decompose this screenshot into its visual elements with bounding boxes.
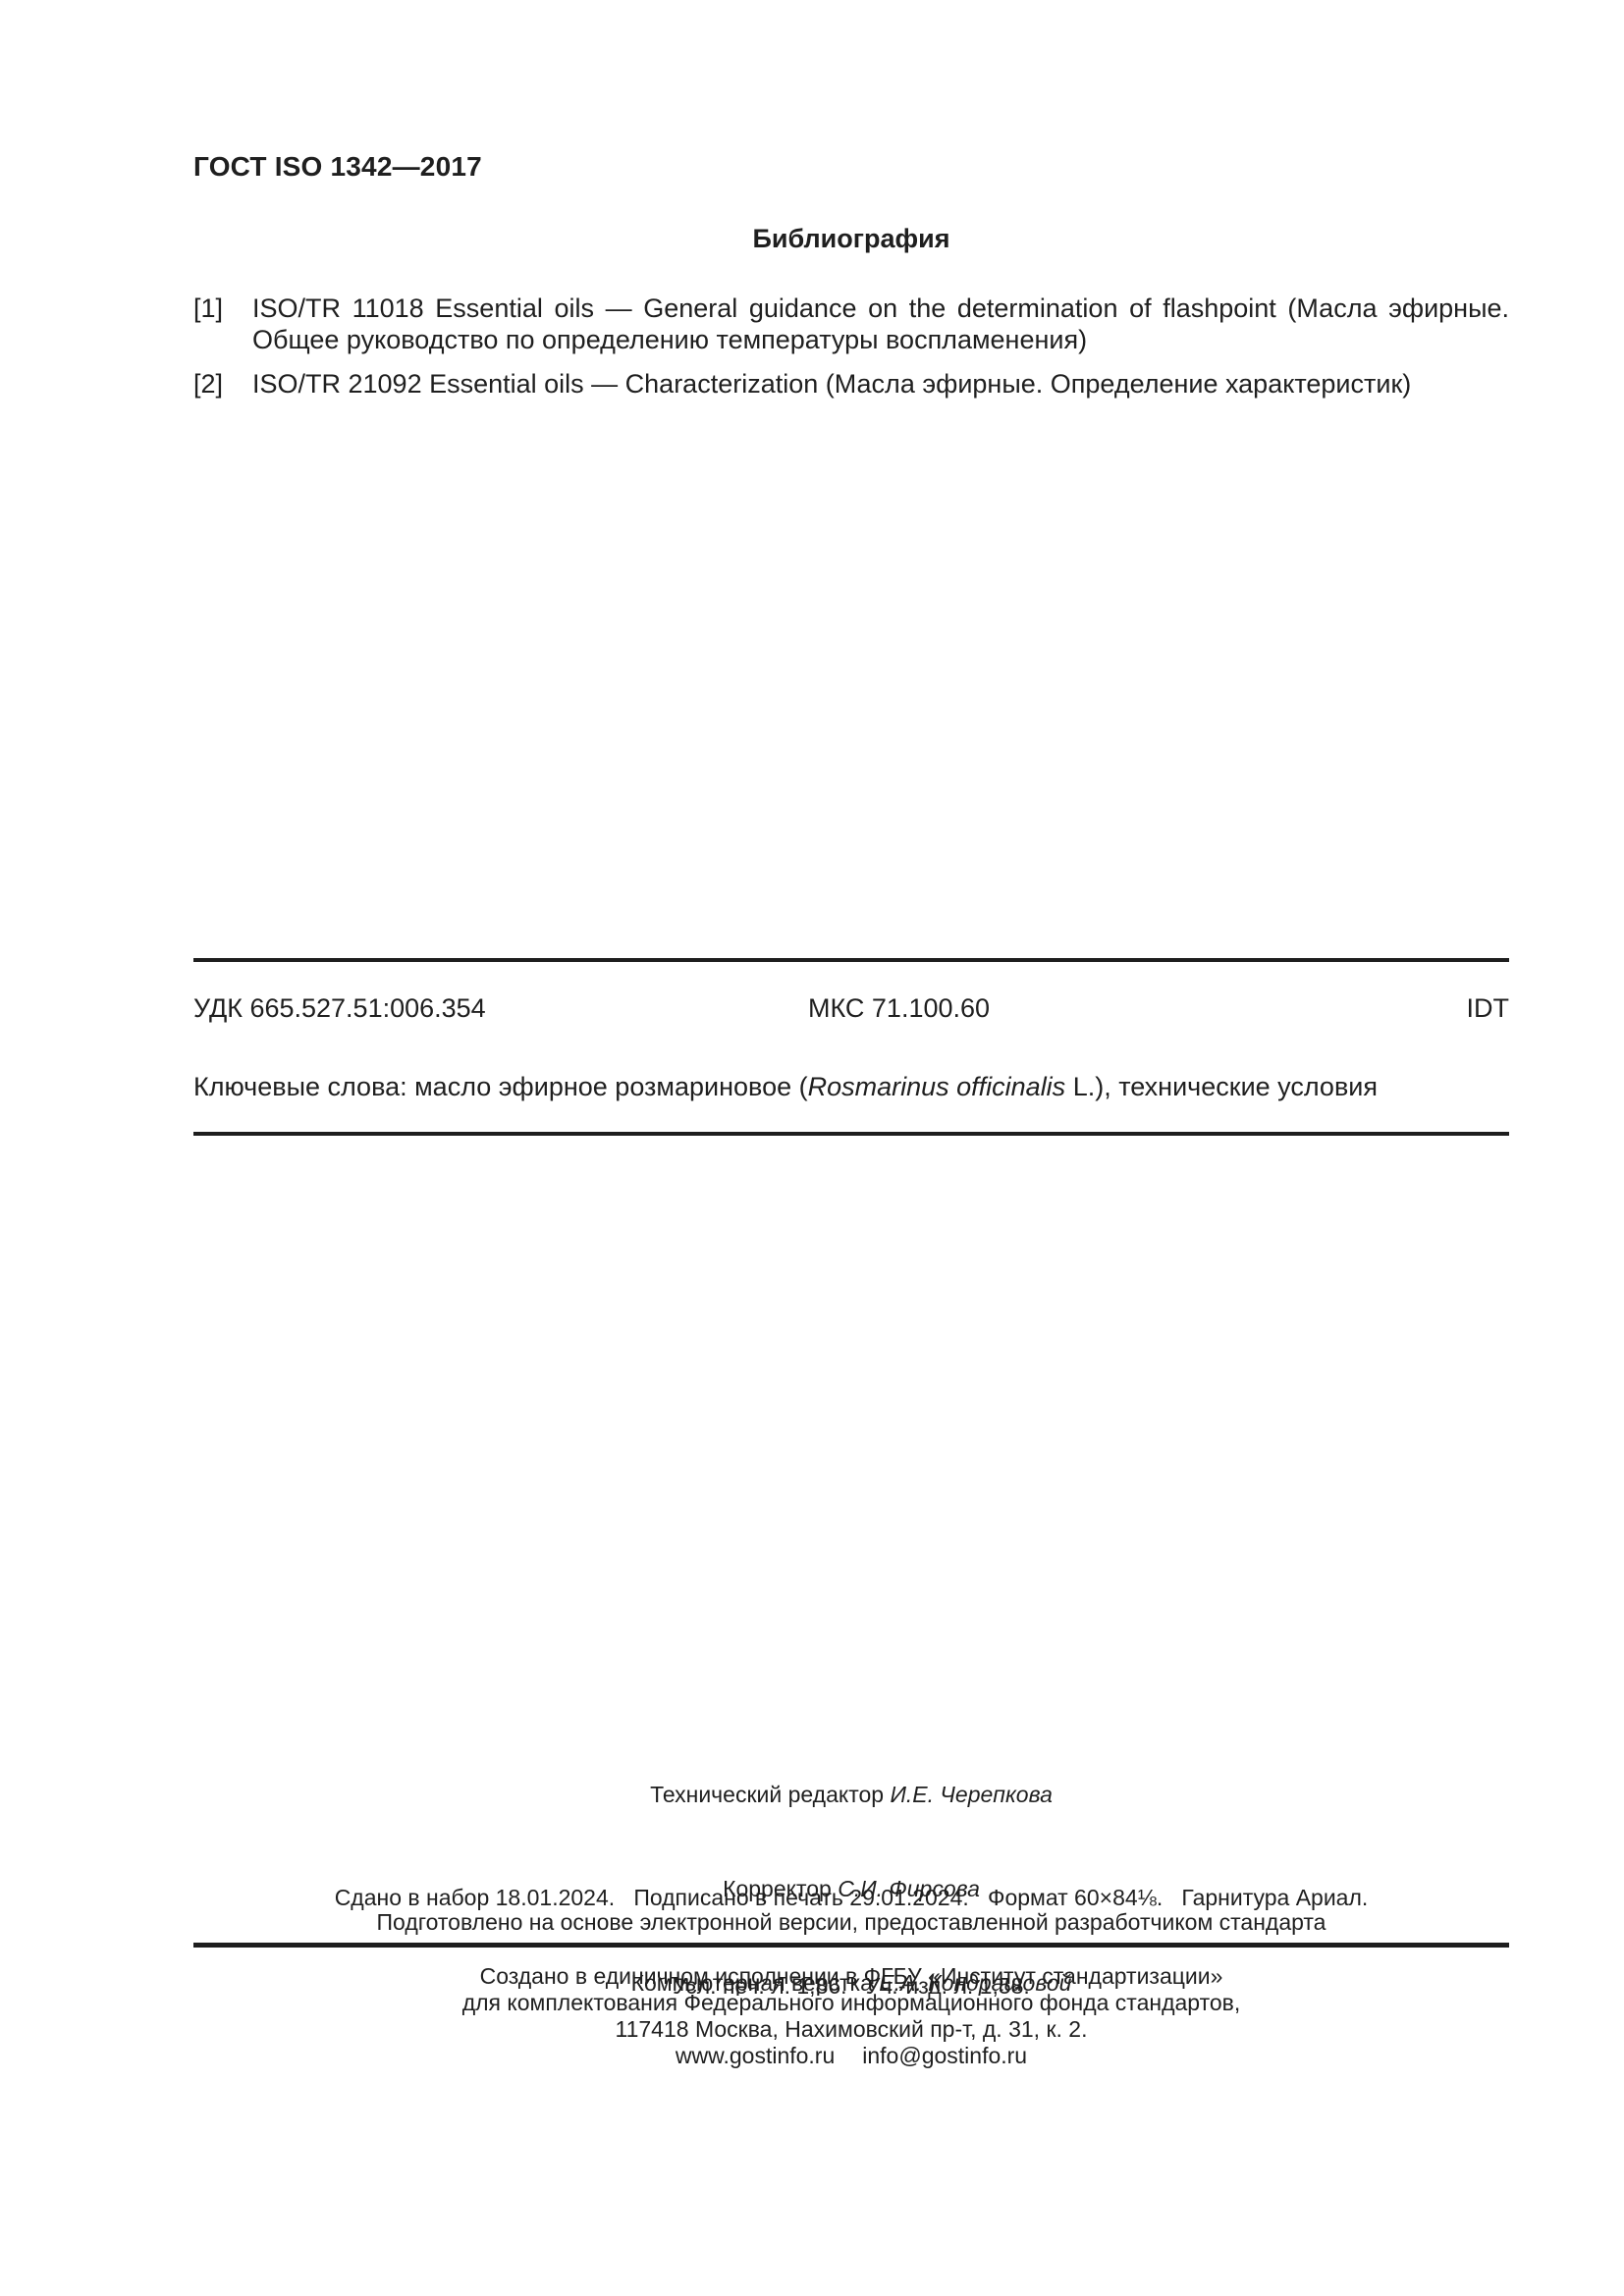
publisher-address: 117418 Москва, Нахимовский пр-т, д. 31, … bbox=[193, 2016, 1509, 2043]
mks-code: МКС 71.100.60 bbox=[808, 993, 990, 1024]
keywords-text: L.), технические условия bbox=[1065, 1072, 1378, 1101]
imprint-line-dates-format: Сдано в набор 18.01.2024. Подписано в пе… bbox=[193, 1883, 1509, 1912]
publisher-line: для комплектования Федерального информац… bbox=[193, 1990, 1509, 2016]
horizontal-rule-footer bbox=[193, 1943, 1509, 1948]
bibliography-list: [1] ISO/TR 11018 Essential oils — Genera… bbox=[193, 293, 1509, 400]
bibliography-entry-line: ISO/TR 21092 Essential oils — Characteri… bbox=[252, 368, 1509, 400]
classification-codes-row: УДК 665.527.51:006.354 МКС 71.100.60 IDT bbox=[193, 993, 1509, 1027]
staff-line-technical-editor: Технический редактор И.Е. Черепкова bbox=[193, 1779, 1509, 1810]
udk-code: УДК 665.527.51:006.354 bbox=[193, 993, 486, 1024]
bibliography-entry-text: ISO/TR 11018 Essential oils — General gu… bbox=[252, 293, 1509, 355]
keywords-line: Ключевые слова: масло эфирное розмаринов… bbox=[193, 1072, 1509, 1102]
bibliography-title: Библиография bbox=[193, 224, 1509, 254]
horizontal-rule-keywords bbox=[193, 1132, 1509, 1136]
keywords-latin-name: Rosmarinus officinalis bbox=[808, 1072, 1066, 1101]
bibliography-entry-1: [1] ISO/TR 11018 Essential oils — Genera… bbox=[193, 293, 1509, 355]
bibliography-entry-number: [2] bbox=[193, 368, 252, 400]
idt-label: IDT bbox=[1467, 993, 1510, 1024]
bibliography-entry-2: [2] ISO/TR 21092 Essential oils — Charac… bbox=[193, 368, 1509, 400]
publisher-block: Создано в единичном исполнении в ФГБУ «И… bbox=[193, 1963, 1509, 2069]
publisher-contacts: www.gostinfo.ruinfo@gostinfo.ru bbox=[193, 2043, 1509, 2069]
bibliography-entry-text: ISO/TR 21092 Essential oils — Characteri… bbox=[252, 368, 1509, 400]
bibliography-entry-line: Общее руководство по определению темпера… bbox=[252, 324, 1509, 355]
publisher-line: Создано в единичном исполнении в ФГБУ «И… bbox=[193, 1963, 1509, 1990]
keywords-text: Ключевые слова: масло эфирное розмаринов… bbox=[193, 1072, 808, 1101]
bibliography-entry-line: ISO/TR 11018 Essential oils — General gu… bbox=[252, 293, 1509, 324]
bibliography-entry-number: [1] bbox=[193, 293, 252, 355]
prepared-note: Подготовлено на основе электронной верси… bbox=[193, 1909, 1509, 1936]
doc-designation: ГОСТ ISO 1342—2017 bbox=[193, 151, 482, 183]
horizontal-rule-top bbox=[193, 958, 1509, 962]
publisher-website: www.gostinfo.ru bbox=[676, 2043, 835, 2068]
staff-name: И.Е. Черепкова bbox=[890, 1782, 1052, 1807]
publisher-email: info@gostinfo.ru bbox=[862, 2043, 1027, 2068]
document-page: ГОСТ ISO 1342—2017 Библиография [1] ISO/… bbox=[0, 0, 1624, 2296]
